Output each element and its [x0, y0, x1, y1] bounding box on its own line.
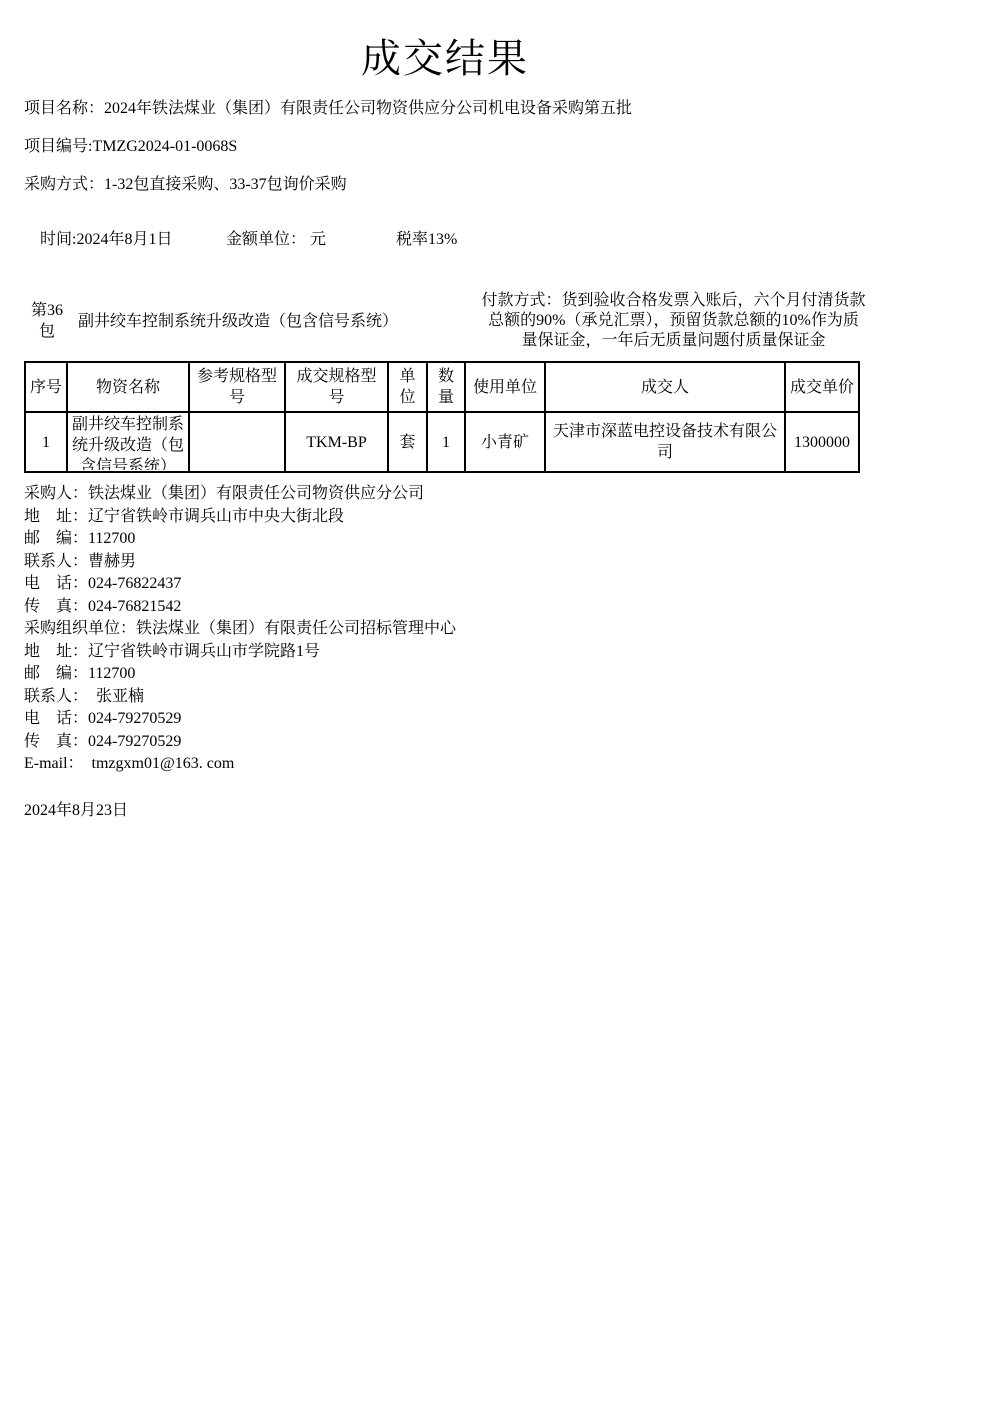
buyer-block: 采购人：铁法煤业（集团）有限责任公司物资供应分公司 地 址：辽宁省铁岭市调兵山市… [24, 483, 866, 618]
buyer-address-line: 地 址：辽宁省铁岭市调兵山市中央大街北段 [24, 506, 866, 529]
time-label: 时间:2024年8月1日 [40, 231, 226, 248]
organizer-contact-line: 联系人： 张亚楠 [24, 686, 866, 709]
header-user-unit: 使用单位 [465, 362, 545, 412]
package-number-line1: 第36 [24, 300, 70, 321]
procurement-method-line: 采购方式：1-32包直接采购、33-37包询价采购 [24, 176, 866, 193]
project-code-line: 项目编号:TMZG2024-01-0068S [24, 138, 866, 155]
cell-material-name: 副井绞车控制系统升级改造（包含信号系统） [67, 412, 189, 472]
results-table: 序号 物资名称 参考规格型号 成交规格型号 单位 数量 使用单位 成交人 成交单… [24, 361, 860, 473]
material-name-text: 副井绞车控制系统升级改造（包含信号系统） [72, 414, 184, 470]
project-name-line: 项目名称：2024年铁法煤业（集团）有限责任公司物资供应分公司机电设备采购第五批 [24, 100, 866, 117]
cell-unit-price: 1300000 [785, 412, 859, 472]
organizer-email-line: E-mail： tmzgxm01@163. com [24, 753, 866, 776]
info-row: 时间:2024年8月1日金额单位： 元税率13% [24, 214, 866, 265]
package-row: 第36 包 副井绞车控制系统升级改造（包含信号系统） 付款方式：货到验收合格发票… [24, 289, 866, 353]
cell-unit: 套 [388, 412, 427, 472]
cell-seq: 1 [25, 412, 67, 472]
header-unit: 单位 [388, 362, 427, 412]
package-description: 副井绞车控制系统升级改造（包含信号系统） [70, 311, 481, 332]
tax-rate-label: 税率13% [396, 231, 457, 248]
organizer-phone-line: 电 话：024-79270529 [24, 708, 866, 731]
organizer-name-line: 采购组织单位：铁法煤业（集团）有限责任公司招标管理中心 [24, 618, 866, 641]
header-qty: 数量 [427, 362, 465, 412]
amount-unit-label: 金额单位： 元 [226, 231, 396, 248]
table-header-row: 序号 物资名称 参考规格型号 成交规格型号 单位 数量 使用单位 成交人 成交单… [25, 362, 859, 412]
buyer-contact-line: 联系人：曹赫男 [24, 551, 866, 574]
header-unit-price: 成交单价 [785, 362, 859, 412]
header-ref-spec: 参考规格型号 [189, 362, 285, 412]
payment-terms: 付款方式：货到验收合格发票入账后，六个月付清货款总额的90%（承兑汇票），预留货… [481, 291, 866, 351]
cell-user-unit: 小青矿 [465, 412, 545, 472]
document-date: 2024年8月23日 [24, 802, 866, 820]
buyer-phone-line: 电 话：024-76822437 [24, 573, 866, 596]
document-page: 成交结果 项目名称：2024年铁法煤业（集团）有限责任公司物资供应分公司机电设备… [0, 0, 992, 1403]
package-number: 第36 包 [24, 300, 70, 342]
header-deal-spec: 成交规格型号 [285, 362, 388, 412]
page-title: 成交结果 [24, 36, 866, 82]
header-winner: 成交人 [545, 362, 785, 412]
organizer-zip-line: 邮 编：112700 [24, 663, 866, 686]
cell-winner: 天津市深蓝电控设备技术有限公司 [545, 412, 785, 472]
header-material-name: 物资名称 [67, 362, 189, 412]
cell-qty: 1 [427, 412, 465, 472]
cell-ref-spec [189, 412, 285, 472]
package-number-line2: 包 [24, 321, 70, 342]
buyer-zip-line: 邮 编：112700 [24, 528, 866, 551]
organizer-address-line: 地 址：辽宁省铁岭市调兵山市学院路1号 [24, 641, 866, 664]
buyer-fax-line: 传 真：024-76821542 [24, 596, 866, 619]
organizer-fax-line: 传 真：024-79270529 [24, 731, 866, 754]
cell-deal-spec: TKM-BP [285, 412, 388, 472]
buyer-name-line: 采购人：铁法煤业（集团）有限责任公司物资供应分公司 [24, 483, 866, 506]
table-row: 1 副井绞车控制系统升级改造（包含信号系统） TKM-BP 套 1 小青矿 天津… [25, 412, 859, 472]
header-seq: 序号 [25, 362, 67, 412]
organizer-block: 采购组织单位：铁法煤业（集团）有限责任公司招标管理中心 地 址：辽宁省铁岭市调兵… [24, 618, 866, 776]
